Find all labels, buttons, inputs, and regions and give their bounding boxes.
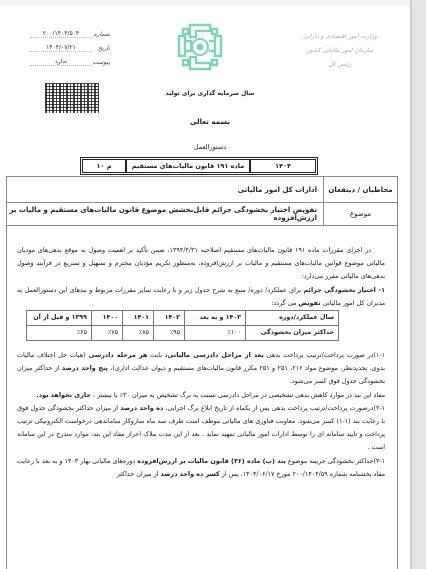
- table-header-row: سال عملکرد/دوره ۱۴۰۳ و به بعد ۱۴۰۲ ۱۴۰۱ …: [27, 311, 339, 326]
- table-cell: ٪۶۵: [27, 326, 92, 341]
- document-page: شماره ۲۰۰/۱۴۰۴/۵۰۴ تاریخ ۱۴۰۴/۰۷/۲۱ پیوس…: [0, 6, 408, 569]
- number-value: ۲۰۰/۱۴۰۴/۵۰۴: [30, 30, 92, 38]
- clause-1-1: ۱-۱)در صورت پرداخت/ترتیب پرداخت بدهی بعد…: [17, 349, 385, 389]
- year-slogan: سال سرمایه گذاری برای تولید: [150, 90, 270, 97]
- clause-1: ۱- اختیار بخشودگی جرائم برای عملکرد/ دور…: [17, 284, 385, 310]
- emphasis: ده واحد درصد: [120, 404, 163, 412]
- emphasis: جاری نخواهد بود.: [36, 391, 90, 399]
- subject-row: موضوع تفویض اختیار بخشودگی جرائم قابل‌بخ…: [7, 203, 397, 226]
- clause-1-2: ۲-۱)درصورت پرداخت/ترتیب پرداخت بدهی پس ا…: [17, 402, 385, 455]
- emphasis: کسر ده واحد درصد: [161, 470, 220, 478]
- letter-meta: شماره ۲۰۰/۱۴۰۴/۵۰۴ تاریخ ۱۴۰۴/۰۷/۲۱ پیوس…: [30, 28, 110, 70]
- text: از میزان حداکثر: [117, 470, 161, 478]
- text: مفاد این بند در موارد کاهش بدهی تشخیصی د…: [91, 391, 385, 399]
- table-cell: ٪۸۵: [123, 326, 154, 341]
- emphasis: بعد از مراحل دادرسی مالیاتی،: [165, 351, 264, 359]
- table-cell: ۱۴۰۲: [154, 311, 185, 326]
- emphasis: پنج واحد درصد: [62, 364, 108, 372]
- subject-value: تفویض اختیار بخشودگی جرائم قابل‌بخشش موض…: [7, 203, 323, 225]
- recipients-value: ادارات کل امور مالیاتی: [7, 177, 323, 202]
- attachment-label: پیوست: [92, 59, 110, 66]
- clause-1-1-note: مفاد این بند در موارد کاهش بدهی تشخیصی د…: [17, 389, 385, 402]
- clause-1-emphasis: تفویض: [298, 299, 320, 307]
- clause-1-end: می گردد:: [271, 299, 298, 307]
- tax-organization-logo-icon: [175, 21, 225, 73]
- spacer-row: [7, 226, 397, 244]
- text: ۱-۱)در صورت پرداخت/ترتیب پرداخت بدهی: [264, 351, 385, 359]
- qr-code-icon: [45, 83, 99, 113]
- number-row: شماره ۲۰۰/۱۴۰۴/۵۰۴: [30, 28, 110, 40]
- row-header-rate: حداکثر میزان بخشودگی: [246, 326, 339, 341]
- ministry-header: وزارت امور اقتصادی و دارایی سازمان امور …: [300, 30, 380, 72]
- ministry-line: رئیس کل: [300, 58, 380, 72]
- emphasis: بند (ب) ماده (۳۶) قانون مالیات بر ارزش‌ا…: [137, 457, 286, 465]
- table-cell: ۱۴۰۰: [92, 311, 123, 326]
- date-label: تاریخ: [92, 45, 110, 52]
- row-header-year: سال عملکرد/دوره: [246, 311, 339, 326]
- table-row: حداکثر میزان بخشودگی ٪۱۰۰ ٪۹۵ ٪۸۵ ٪۷۵ ٪۶…: [27, 326, 339, 341]
- code-number: م ۱۰: [83, 160, 125, 172]
- recipients-label: مخاطبان / ذینفعان: [323, 177, 397, 202]
- document-code-box: ۱۴۰۴ ماده ۱۹۱ قانون مالیات‌های مستقیم م …: [80, 157, 318, 175]
- attachment-row: پیوست ندارد: [30, 56, 110, 68]
- code-year: ۱۴۰۴: [249, 160, 315, 172]
- table-cell: ٪۹۵: [154, 326, 185, 341]
- date-value: ۱۴۰۴/۰۷/۲۱: [30, 44, 92, 52]
- code-title: ماده ۱۹۱ قانون مالیات‌های مستقیم: [125, 160, 249, 172]
- clause-1-3: ۳-۱)حداکثر بخشودگی جریمه موضوع بند (ب) م…: [17, 455, 385, 481]
- subject-label: موضوع: [323, 203, 397, 225]
- table-cell: ٪۷۵: [92, 326, 123, 341]
- table-cell: ۱۴۰۱: [123, 311, 154, 326]
- recipients-row: مخاطبان / ذینفعان ادارات کل امور مالیاتی: [7, 177, 397, 203]
- document-text: در اجرای مقررات ماده ۱۹۱ قانون مالیات‌ها…: [7, 244, 397, 481]
- ministry-line: وزارت امور اقتصادی و دارایی: [300, 30, 380, 44]
- text: ۲-۱)درصورت پرداخت/ترتیب پرداخت بدهی پس ا…: [163, 404, 385, 412]
- forgiveness-rate-table: سال عملکرد/دوره ۱۴۰۳ و به بعد ۱۴۰۲ ۱۴۰۱ …: [26, 310, 339, 341]
- spacer: [17, 341, 385, 349]
- document-type: دستورالعمل: [150, 143, 270, 151]
- table-cell: ٪۱۰۰: [185, 326, 246, 341]
- date-row: تاریخ ۱۴۰۴/۰۷/۲۱: [30, 42, 110, 54]
- table-cell: ۱۳۹۹ و قبل از آن: [27, 311, 92, 326]
- ministry-line: سازمان امور مالیاتی کشور: [300, 44, 380, 58]
- table-cell: ۱۴۰۳ و به بعد: [185, 311, 246, 326]
- attachment-value: ندارد: [30, 58, 92, 66]
- scrollbar-track[interactable]: [410, 0, 426, 569]
- document-body-frame: مخاطبان / ذینفعان ادارات کل امور مالیاتی…: [6, 176, 398, 569]
- emphasis: هر مرحله دادرسی: [89, 351, 148, 359]
- clause-1-title: ۱- اختیار بخشودگی جرائم: [304, 286, 385, 294]
- text: ۳-۱)حداکثر بخشودگی جریمه موضوع: [286, 457, 385, 465]
- bismillah: بسمه تعالی: [150, 118, 270, 126]
- number-label: شماره: [92, 31, 110, 38]
- intro-paragraph: در اجرای مقررات ماده ۱۹۱ قانون مالیات‌ها…: [17, 244, 385, 284]
- text: بابت: [147, 351, 165, 359]
